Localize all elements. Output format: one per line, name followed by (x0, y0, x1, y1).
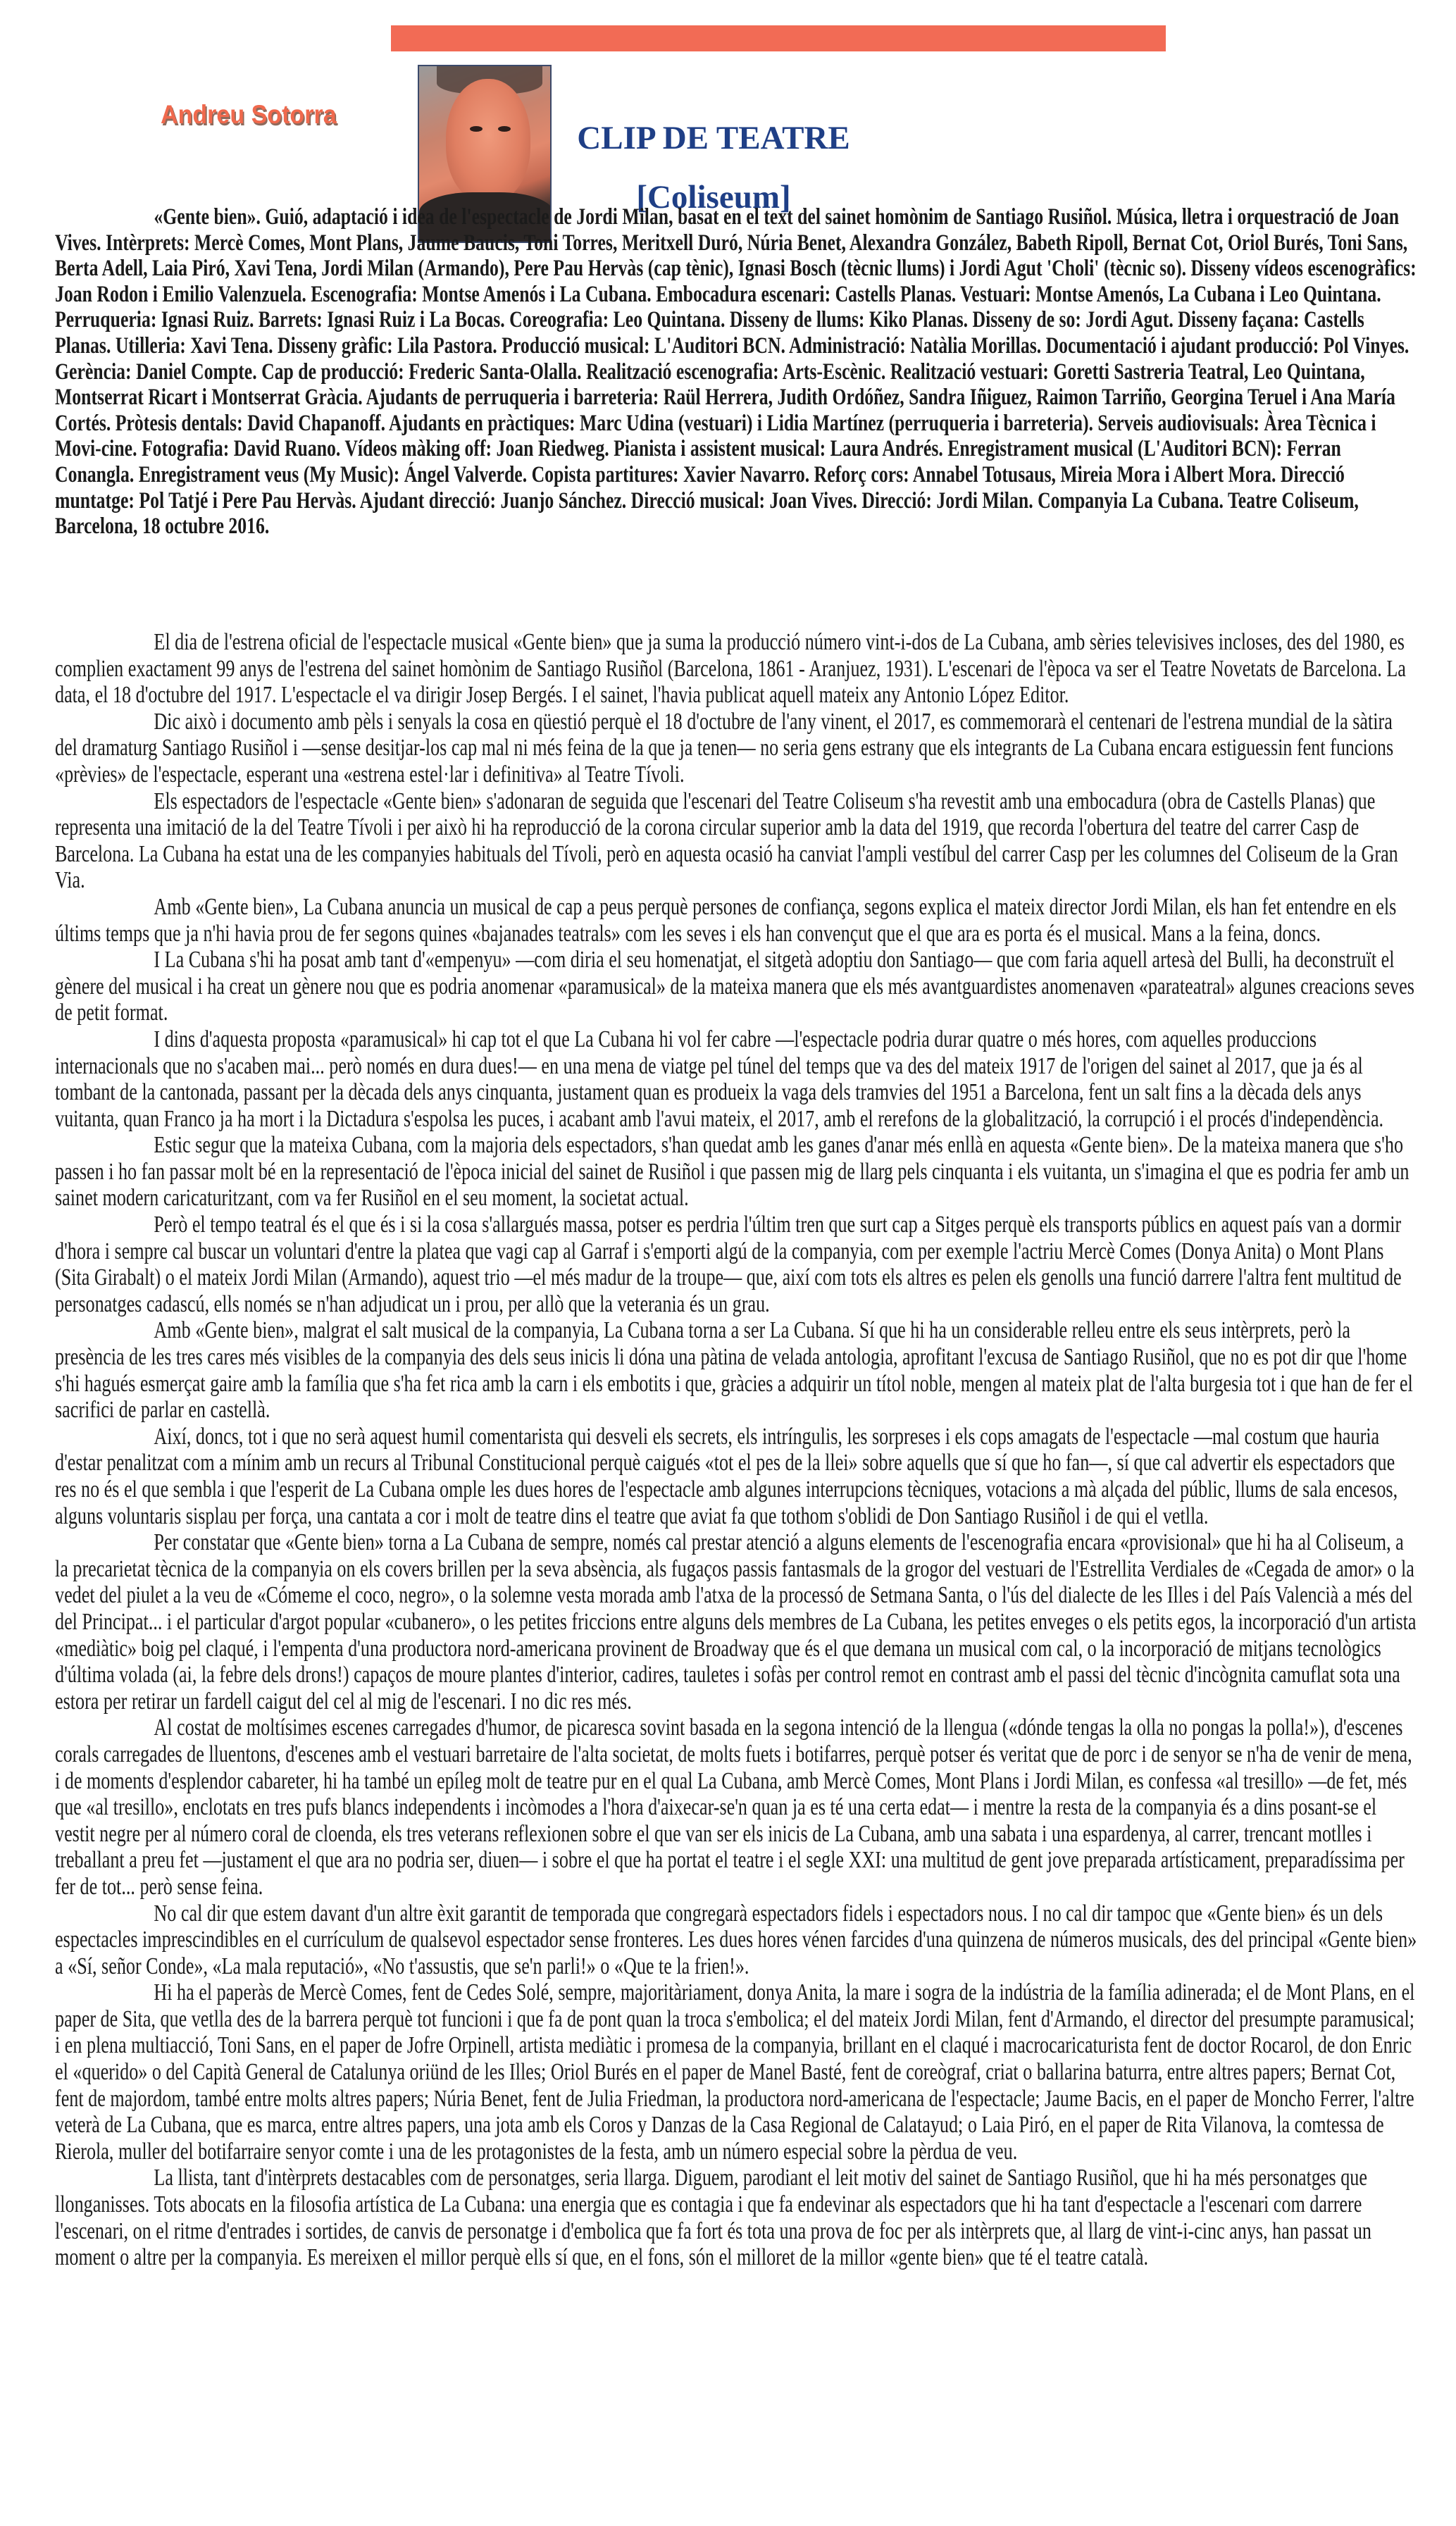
article-paragraph: I dins d'aquesta proposta «paramusical» … (55, 1026, 1418, 1132)
article-paragraph: Dic això i documento amb pèls i senyals … (55, 709, 1418, 788)
article-paragraph: La llista, tant d'intèrprets destacables… (55, 2165, 1418, 2270)
credits-block: «Gente bien». Guió, adaptació i idea de … (55, 204, 1418, 540)
photo-eye-right (498, 126, 511, 132)
article-paragraph: Amb «Gente bien», La Cubana anuncia un m… (55, 894, 1418, 947)
article-paragraph: Així, doncs, tot i que no serà aquest hu… (55, 1424, 1418, 1529)
article-paragraph: Per constatar que «Gente bien» torna a L… (55, 1529, 1418, 1715)
credits-text: «Gente bien». Guió, adaptació i idea de … (55, 204, 1418, 540)
article-paragraph: El dia de l'estrena oficial de l'especta… (55, 629, 1418, 709)
article-paragraph: I La Cubana s'hi ha posat amb tant d'«em… (55, 947, 1418, 1026)
article-body: El dia de l'estrena oficial de l'especta… (55, 629, 1418, 2271)
section-title: CLIP DE TEATRE (576, 118, 851, 158)
article-paragraph: Els espectadors de l'espectacle «Gente b… (55, 788, 1418, 894)
article-paragraph: Al costat de moltísimes escenes carregad… (55, 1715, 1418, 1900)
article-paragraph: Hi ha el paperàs de Mercè Comes, fent de… (55, 1979, 1418, 2165)
accent-bar (391, 25, 1166, 51)
photo-eye-left (470, 126, 483, 132)
article-paragraph: Estic segur que la mateixa Cubana, com l… (55, 1132, 1418, 1212)
article-paragraph: No cal dir que estem davant d'un altre è… (55, 1900, 1418, 1980)
article-paragraph: Però el tempo teatral és el que és i si … (55, 1212, 1418, 1317)
author-name: Andreu Sotorra (161, 100, 337, 130)
article-paragraph: Amb «Gente bien», malgrat el salt musica… (55, 1317, 1418, 1423)
photo-face (446, 79, 530, 202)
